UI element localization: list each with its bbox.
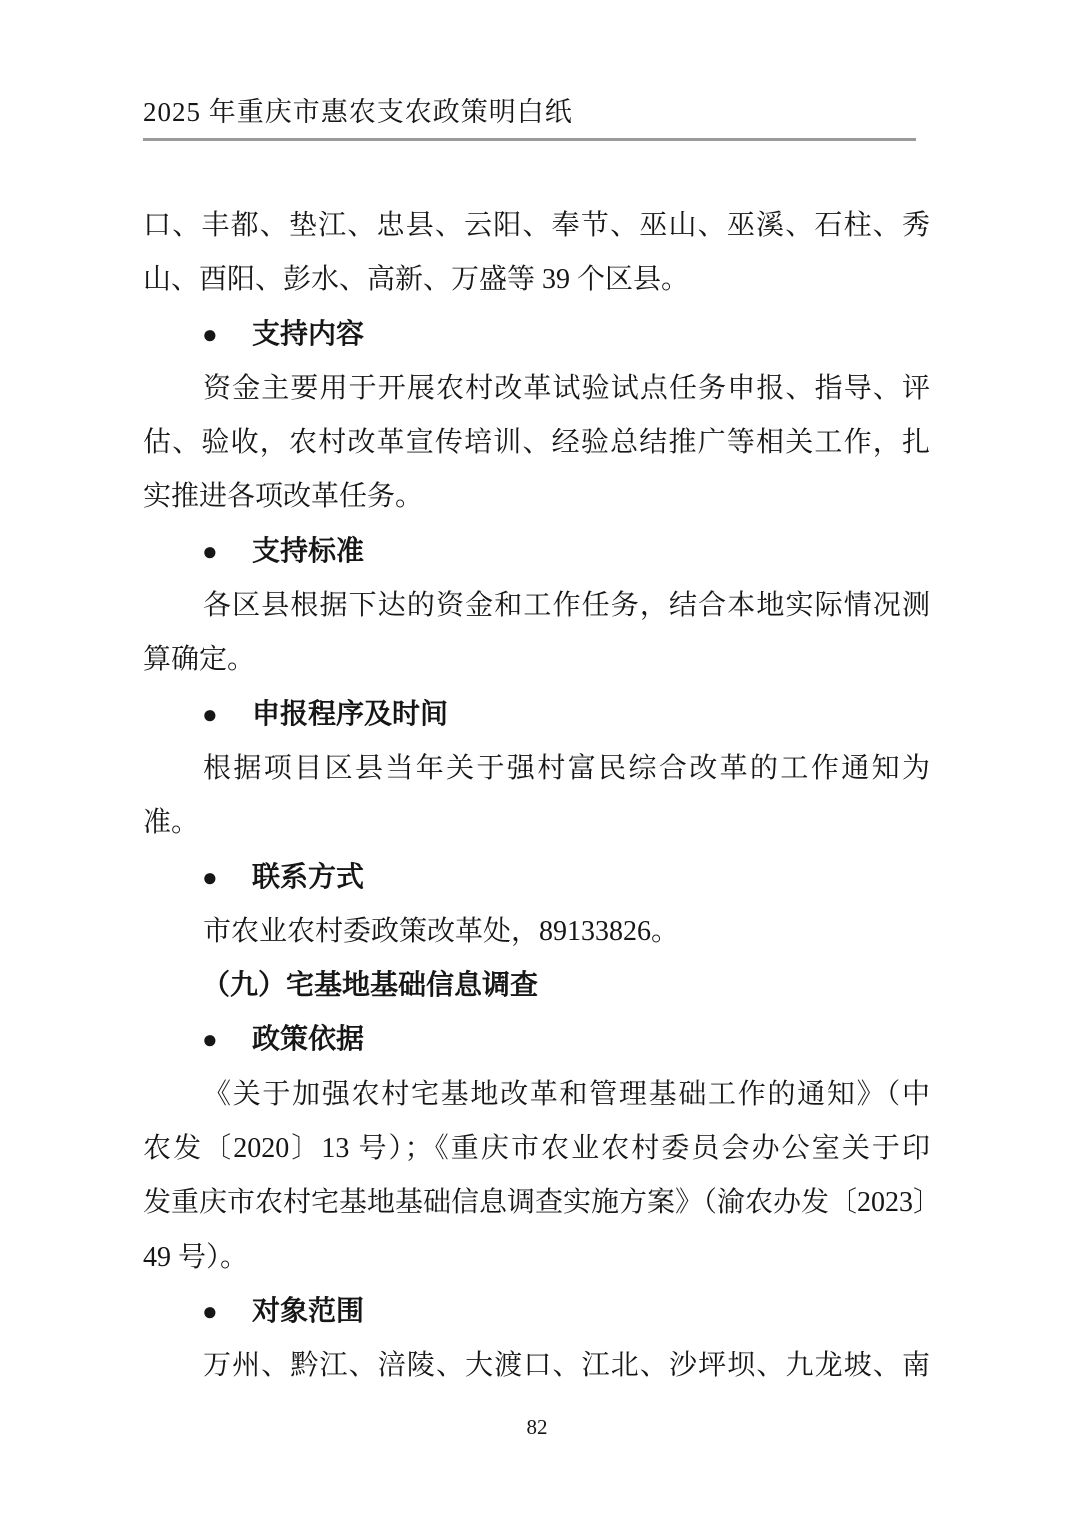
body-line: 实推进各项改革任务。 [143,470,930,524]
bullet-icon: ● [202,1285,252,1339]
body-line: 准。 [143,796,930,850]
body-line: 算确定。 [143,633,930,687]
body-line: 万州、黔江、涪陵、大渡口、江北、沙坪坝、九龙坡、南 [143,1339,930,1393]
body-line: 山、酉阳、彭水、高新、万盛等 39 个区县。 [143,253,930,307]
bullet-icon: ● [202,308,252,362]
section-heading-label: 申报程序及时间 [252,699,448,730]
section-heading: ●对象范围 [143,1285,930,1339]
body-line: 资金主要用于开展农村改革试验试点任务申报、指导、评 [143,362,930,416]
body-line: 根据项目区县当年关于强村富民综合改革的工作通知为 [143,742,930,796]
subsection-heading: （九）宅基地基础信息调查 [143,959,930,1013]
body-line: 49 号）。 [143,1231,930,1285]
bullet-icon: ● [202,688,252,742]
page-number: 82 [0,1412,1074,1442]
body-line: 发重庆市农村宅基地基础信息调查实施方案》（渝农办发〔2023〕 [143,1176,930,1230]
section-heading-label: 对象范围 [252,1296,364,1327]
section-heading: ●联系方式 [143,851,930,905]
section-heading-label: 支持内容 [252,319,364,350]
section-heading: ●支持标准 [143,525,930,579]
section-heading: ●支持内容 [143,308,930,362]
section-heading-label: 政策依据 [252,1024,364,1055]
body-line: 口、丰都、垫江、忠县、云阳、奉节、巫山、巫溪、石柱、秀 [143,199,930,253]
section-heading: ●申报程序及时间 [143,688,930,742]
body-line: 估、验收，农村改革宣传培训、经验总结推广等相关工作，扎 [143,416,930,470]
header-rule [143,138,916,141]
body-line: 市农业农村委政策改革处，89133826。 [143,905,930,959]
bullet-icon: ● [202,525,252,579]
section-heading-label: 联系方式 [252,862,364,893]
bullet-icon: ● [202,851,252,905]
body-line: 《关于加强农村宅基地改革和管理基础工作的通知》（中 [143,1068,930,1122]
section-heading: ●政策依据 [143,1013,930,1067]
body-line: 农发〔2020〕13 号）；《重庆市农业农村委员会办公室关于印 [143,1122,930,1176]
bullet-icon: ● [202,1013,252,1067]
section-heading-label: 支持标准 [252,536,364,567]
document-body: 口、丰都、垫江、忠县、云阳、奉节、巫山、巫溪、石柱、秀 山、酉阳、彭水、高新、万… [143,199,930,1394]
page-header-title: 2025 年重庆市惠农支农政策明白纸 [143,90,573,129]
document-page: 2025 年重庆市惠农支农政策明白纸 口、丰都、垫江、忠县、云阳、奉节、巫山、巫… [0,0,1074,1520]
body-line: 各区县根据下达的资金和工作任务，结合本地实际情况测 [143,579,930,633]
